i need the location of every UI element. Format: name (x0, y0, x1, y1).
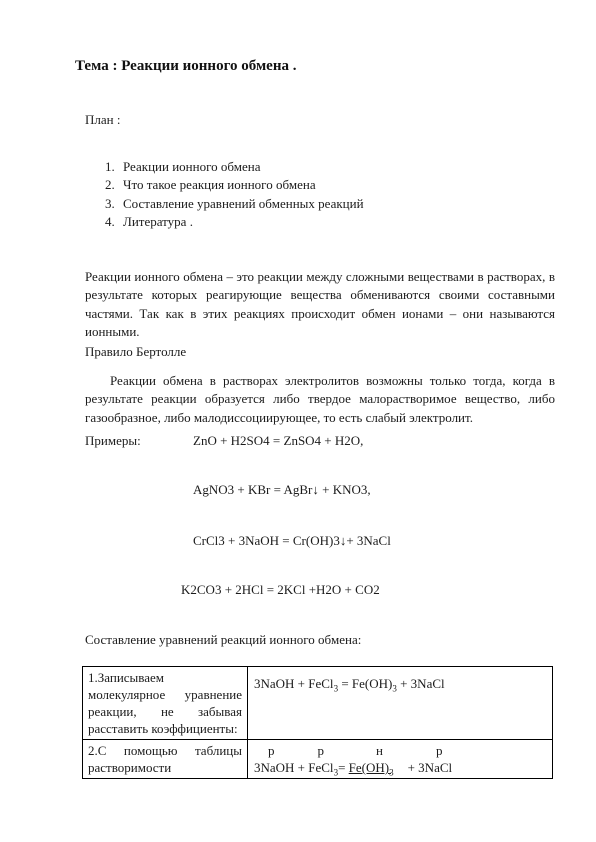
step1-equation: 3NaOH + FeCl3 = Fe(OH)3 + 3NaCl (254, 669, 547, 692)
equation-zno: ZnO + H2SO4 = ZnSO4 + H2O, (193, 433, 363, 448)
solubility-mark: н (376, 743, 383, 758)
equation-part: 3NaOH + FeCl (254, 760, 334, 775)
plan-item-text: Литература . (123, 214, 193, 229)
equation-k2co3: K2CO3 + 2HCl = 2KCl +H2O + CO2 (181, 581, 555, 599)
solubility-mark: р (268, 743, 275, 758)
equation-crcl3: CrCl3 + 3NaOH = Cr(OH)3↓+ 3NaCl (193, 532, 555, 550)
solubility-mark: р (318, 743, 325, 758)
plan-item-number: 4. (105, 213, 123, 232)
plan-item-number: 2. (105, 176, 123, 195)
plan-item: 1.Реакции ионного обмена (105, 158, 555, 177)
equation-part: = Fe(OH) (338, 676, 392, 691)
plan-list: 1.Реакции ионного обмена 2.Что такое реа… (105, 158, 555, 232)
equation-part: + 3NaCl (408, 760, 453, 775)
step1-equation-cell: 3NaOH + FeCl3 = Fe(OH)3 + 3NaCl (248, 667, 553, 740)
plan-item: 4.Литература . (105, 213, 555, 232)
berthollet-rule-label: Правило Бертолле (85, 343, 555, 361)
equation-agno3: AgNO3 + KBr = AgBr↓ + KNO3, (193, 481, 555, 499)
plan-item-text: Составление уравнений обменных реакций (123, 196, 364, 211)
equation-part: + 3NaCl (397, 676, 445, 691)
table-row-step2: 2.С помощью таблицы растворимости ррнр 3… (83, 740, 553, 779)
step2-equation: 3NaOH + FeCl3= Fe(OH)3+ 3NaCl (254, 759, 547, 776)
steps-table: 1.Записываем молекулярное уравнение реак… (82, 666, 553, 779)
plan-item-text: Реакции ионного обмена (123, 159, 261, 174)
equation-part: = (338, 760, 349, 775)
page-title: Тема : Реакции ионного обмена . (75, 57, 555, 75)
examples-line: Примеры:ZnO + H2SO4 = ZnSO4 + H2O, (85, 432, 555, 450)
subscript: 3 (389, 768, 394, 778)
equation-part: 3NaOH + FeCl (254, 676, 334, 691)
plan-item: 2.Что такое реакция ионного обмена (105, 176, 555, 195)
plan-label: План : (85, 111, 555, 129)
solubility-marks: ррнр (254, 742, 547, 759)
plan-item-number: 1. (105, 158, 123, 177)
step2-equation-cell: ррнр 3NaOH + FeCl3= Fe(OH)3+ 3NaCl (248, 740, 553, 779)
plan-item-number: 3. (105, 195, 123, 214)
intro-paragraph: Реакции ионного обмена – это реакции меж… (85, 268, 555, 342)
solubility-mark: р (436, 743, 443, 758)
step2-description: 2.С помощью таблицы растворимости (83, 740, 248, 779)
plan-item-text: Что такое реакция ионного обмена (123, 177, 316, 192)
plan-item: 3.Составление уравнений обменных реакций (105, 195, 555, 214)
rule-paragraph: Реакции обмена в растворах электролитов … (85, 372, 555, 427)
equation-part: Fe(OH) (349, 760, 389, 775)
examples-label: Примеры: (85, 432, 193, 450)
document-page: Тема : Реакции ионного обмена . План : 1… (0, 0, 596, 842)
table-row-step1: 1.Записываем молекулярное уравнение реак… (83, 667, 553, 740)
document-content: Тема : Реакции ионного обмена . План : 1… (0, 0, 596, 779)
underlined-precipitate: Fe(OH)3 (349, 760, 394, 775)
step1-description: 1.Записываем молекулярное уравнение реак… (83, 667, 248, 740)
section-label: Составление уравнений реакций ионного об… (85, 631, 555, 649)
